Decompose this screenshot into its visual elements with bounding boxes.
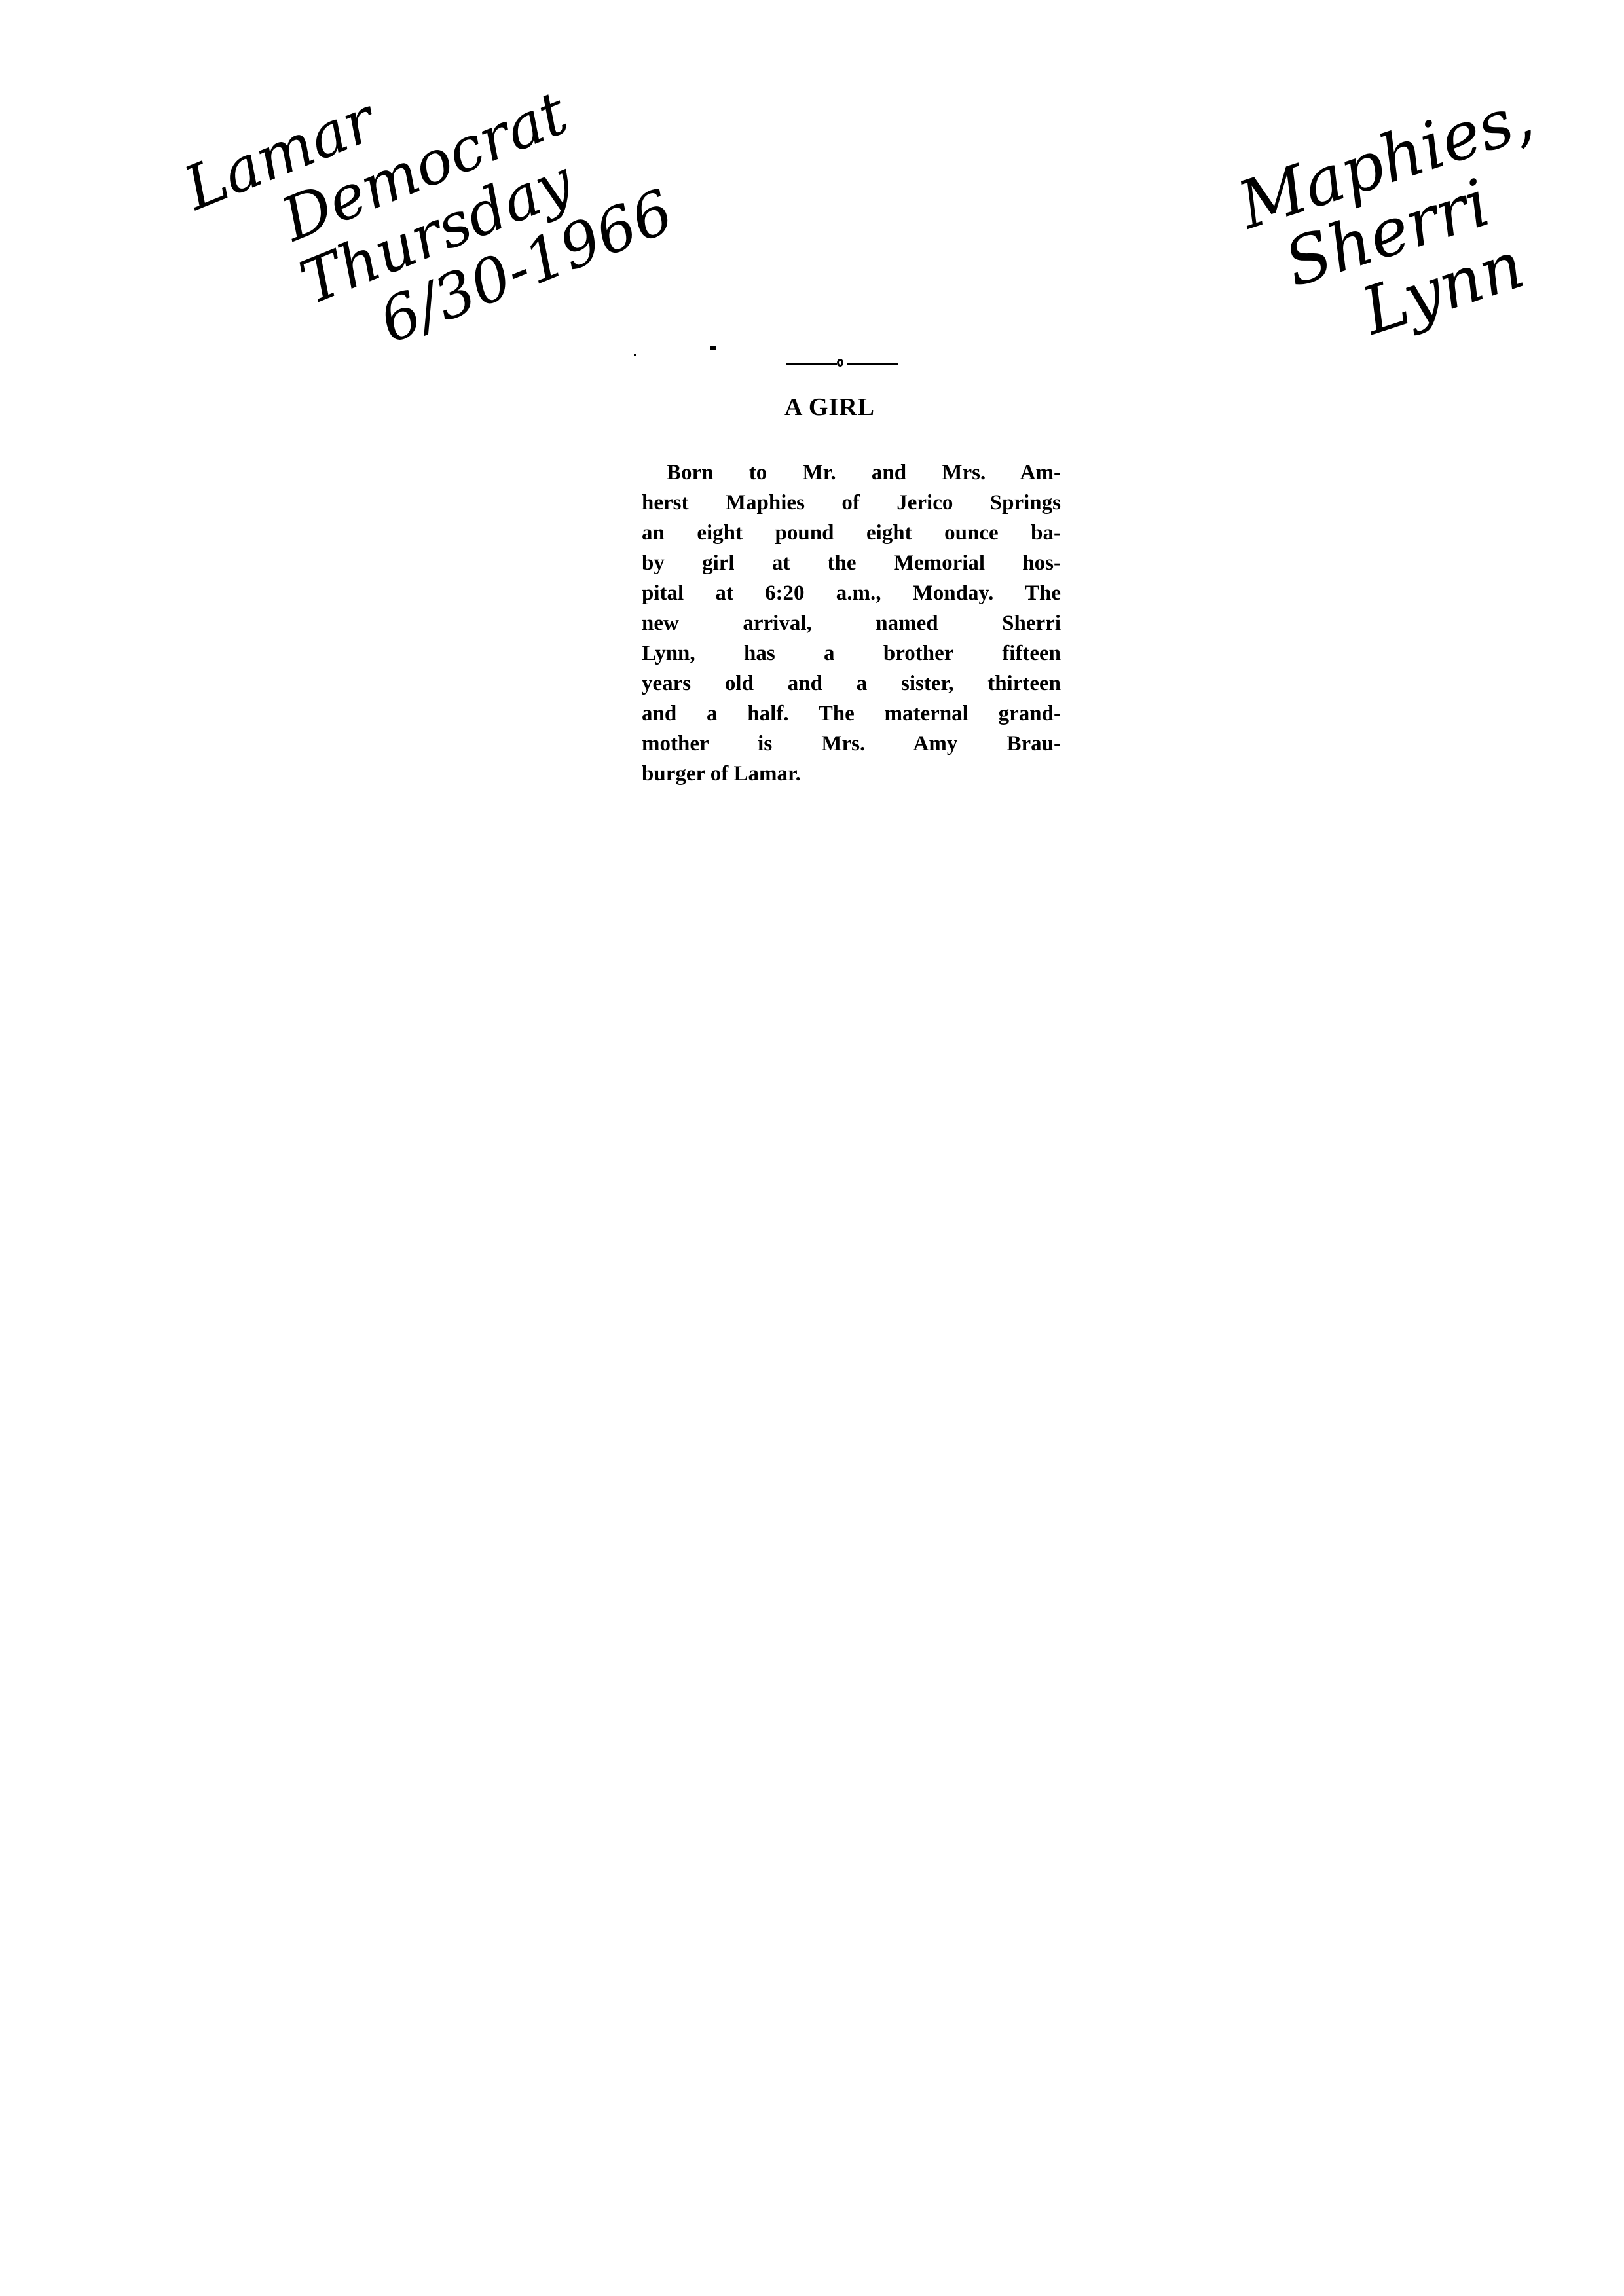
scan-speck <box>634 354 636 356</box>
article-line: pital at 6:20 a.m., Monday. The <box>642 578 1061 608</box>
article-line: an eight pound eight ounce ba- <box>642 518 1061 548</box>
scan-speck <box>710 346 716 350</box>
article-line: herst Maphies of Jerico Springs <box>642 488 1061 518</box>
divider-ring-icon <box>837 359 843 367</box>
article-line: by girl at the Memorial hos- <box>642 548 1061 578</box>
handwritten-note-name: Maphies, Sherri Lynn <box>1231 82 1583 371</box>
ornamental-divider <box>786 357 898 370</box>
divider-rule <box>786 363 837 365</box>
article-line: Born to Mr. and Mrs. Am- <box>642 458 1061 488</box>
handwritten-note-publication: Lamar Democrat Thursday 6/30-1966 <box>177 0 681 401</box>
newspaper-clipping: A GIRL Born to Mr. and Mrs. Am- herst Ma… <box>642 357 1061 789</box>
article-line: years old and a sister, thirteen <box>642 668 1061 699</box>
article-line: Lynn, has a brother fifteen <box>642 638 1061 668</box>
article-line: new arrival, named Sherri <box>642 608 1061 638</box>
article-line: and a half. The maternal grand- <box>642 699 1061 729</box>
article-line: burger of Lamar. <box>642 759 1061 789</box>
article-line: mother is Mrs. Amy Brau- <box>642 729 1061 759</box>
divider-rule <box>847 363 898 365</box>
article-body: Born to Mr. and Mrs. Am- herst Maphies o… <box>642 458 1061 789</box>
article-headline: A GIRL <box>784 395 1061 420</box>
